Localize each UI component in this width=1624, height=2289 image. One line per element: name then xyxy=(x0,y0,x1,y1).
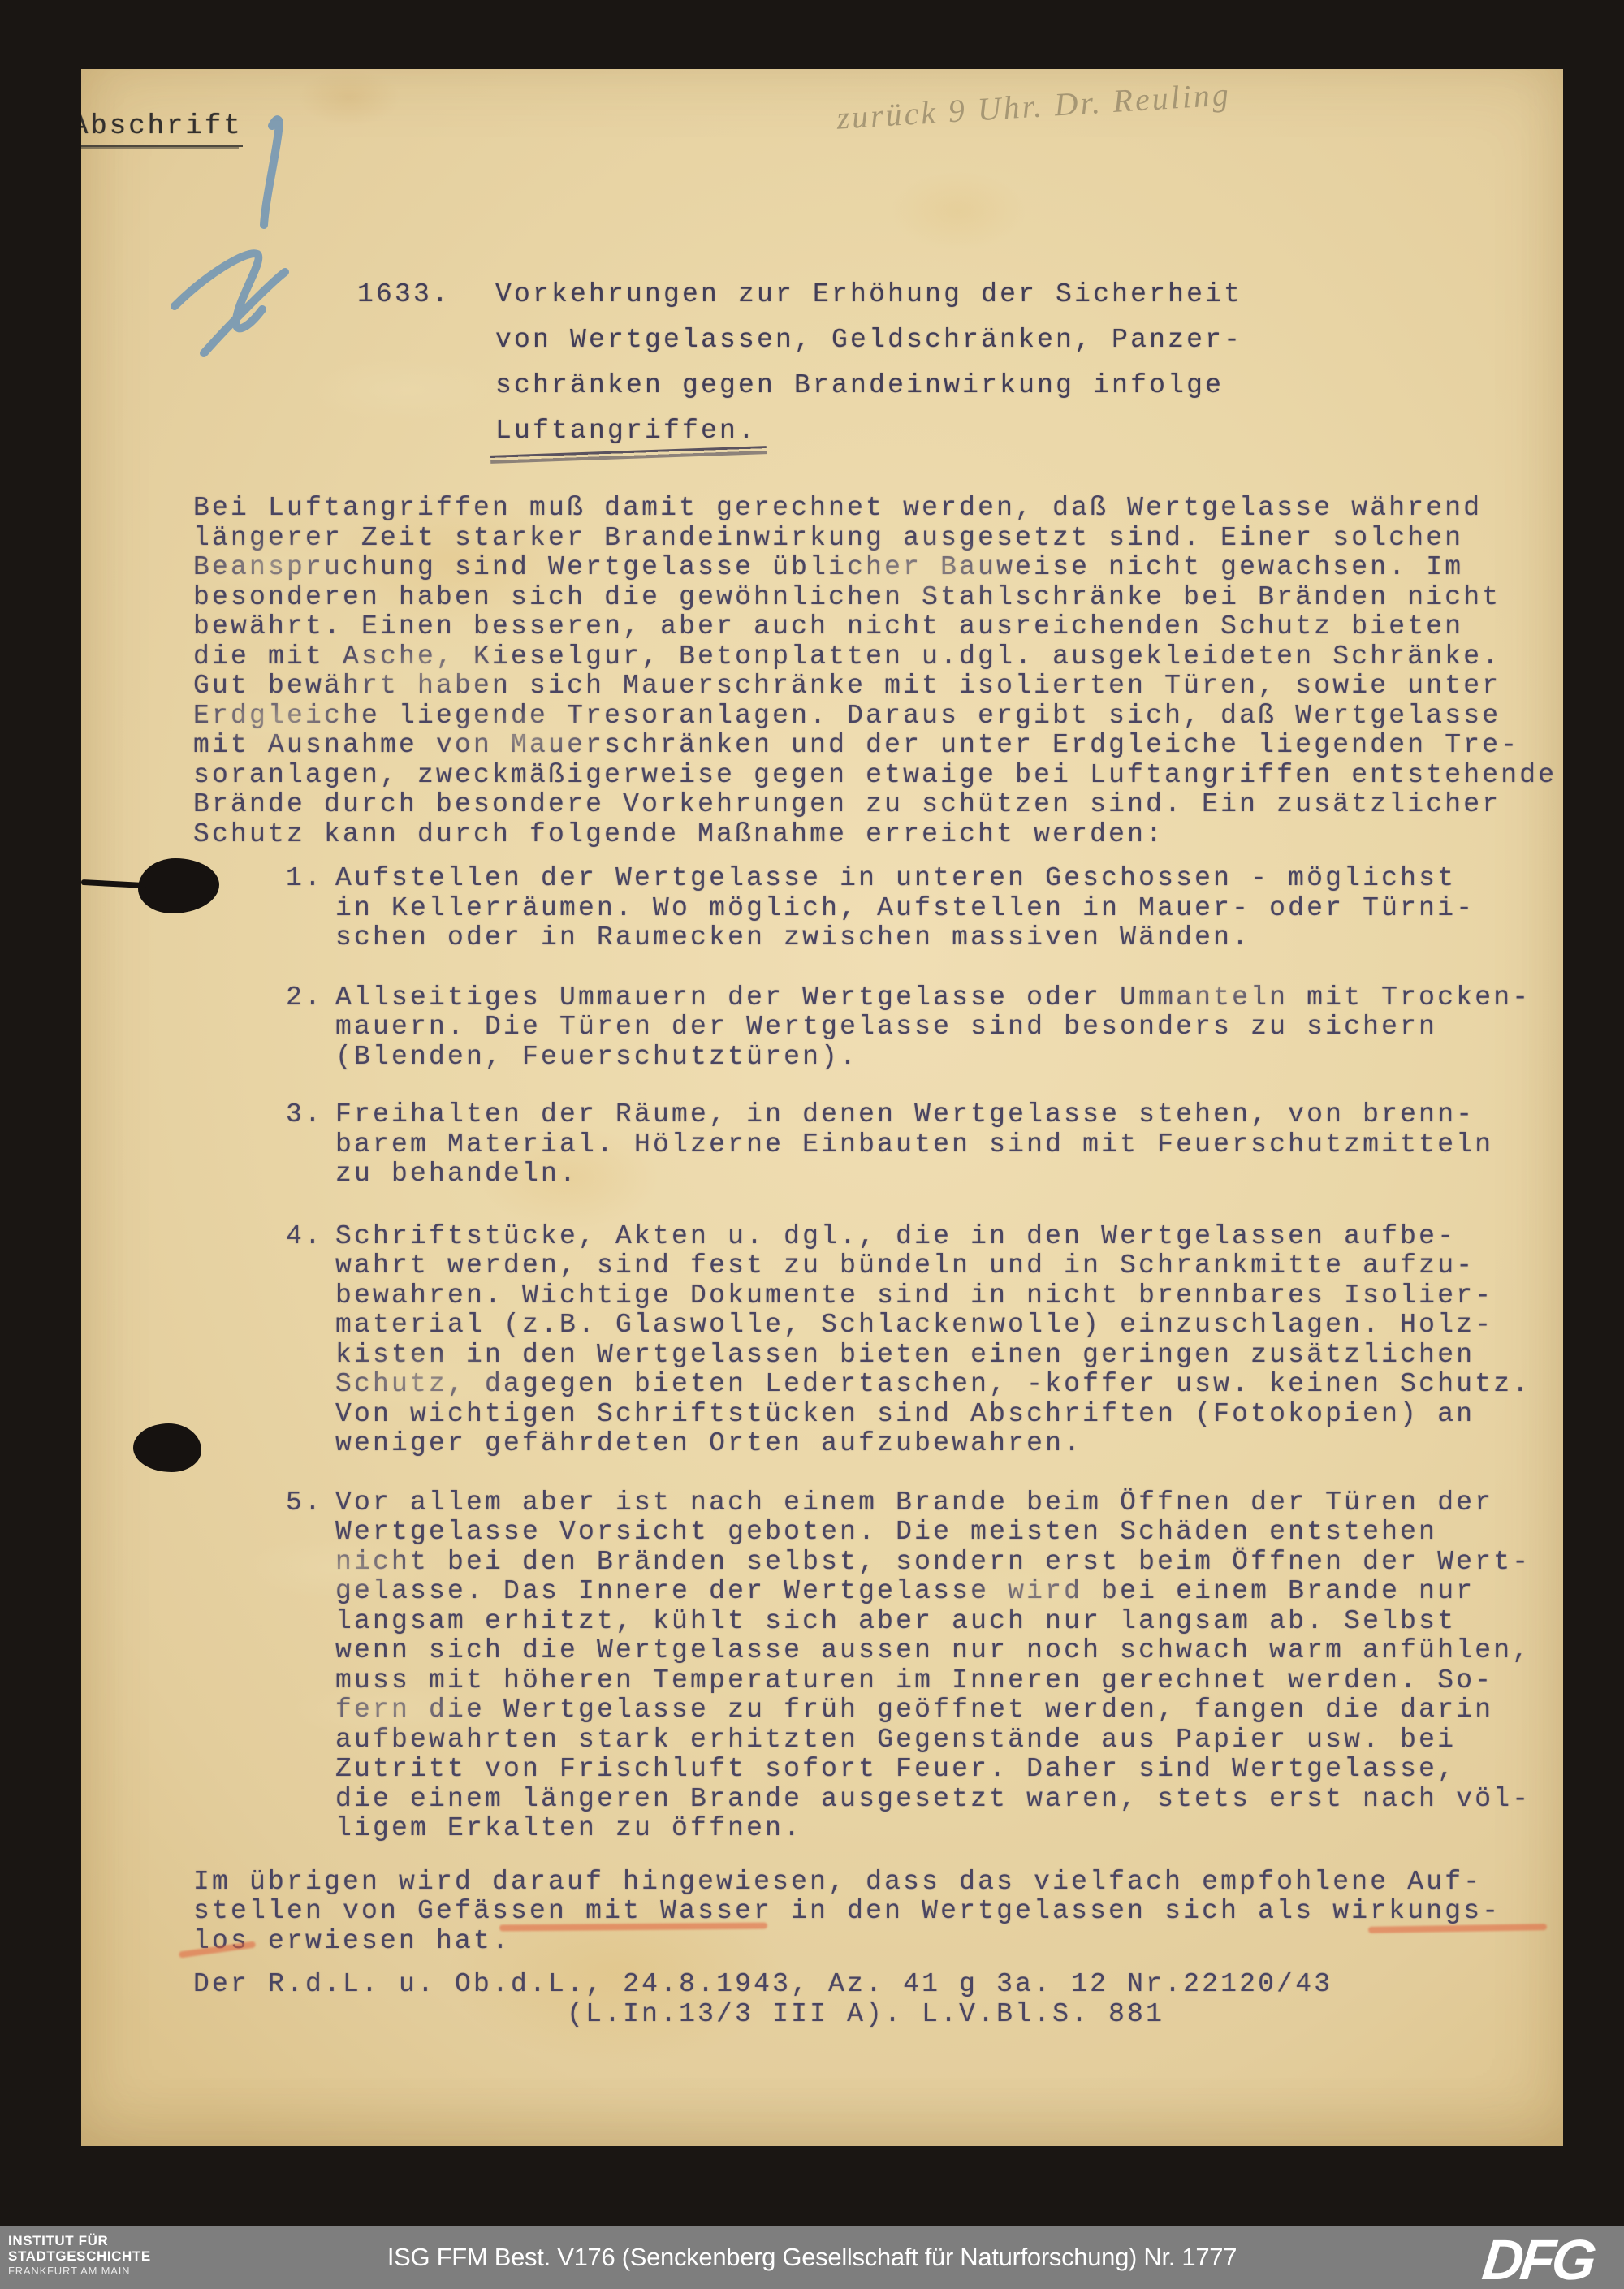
blue-pencil-scribble xyxy=(126,110,386,369)
title-block: 1633. Vorkehrungen zur Erhöhung der Sich… xyxy=(357,272,1563,454)
title-line-4: Luftangriffen. xyxy=(495,408,757,454)
item-text: Allseitiges Ummauern der Wertgelasse ode… xyxy=(335,983,1531,1073)
title-line-3: schränken gegen Brandeinwirkung infolge xyxy=(495,363,1242,408)
item-text: Aufstellen der Wertgelasse in unteren Ge… xyxy=(335,864,1475,953)
archive-reference: ISG FFM Best. V176 (Senckenberg Gesellsc… xyxy=(387,2243,1237,2272)
list-item-5: 5. Vor allem aber ist nach einem Brande … xyxy=(286,1488,1563,1844)
list-item-3: 3. Freihalten der Räume, in denen Wertge… xyxy=(286,1100,1563,1190)
archive-footer: INSTITUT FÜR STADTGESCHICHTE FRANKFURT A… xyxy=(0,2226,1624,2289)
item-text: Schriftstücke, Akten u. dgl., die in den… xyxy=(335,1222,1531,1459)
item-text: Vor allem aber ist nach einem Brande bei… xyxy=(335,1488,1531,1844)
item-number: 3. xyxy=(286,1100,335,1190)
institution-line-2: STADTGESCHICHTE xyxy=(8,2248,151,2264)
punch-hole-bottom xyxy=(133,1423,201,1472)
list-item-1: 1. Aufstellen der Wertgelasse in unteren… xyxy=(286,864,1563,953)
signature-block: Der R.d.L. u. Ob.d.L., 24.8.1943, Az. 41… xyxy=(193,1970,1563,2029)
item-number: 1. xyxy=(286,864,335,953)
intro-paragraph: Bei Luftangriffen muß damit gerechnet we… xyxy=(193,494,1563,849)
list-item-2: 2. Allseitiges Ummauern der Wertgelasse … xyxy=(286,983,1563,1073)
dfg-logo: DFG xyxy=(1479,2227,1596,2289)
item-number: 2. xyxy=(286,983,335,1073)
item-number: 5. xyxy=(286,1488,335,1844)
closing-paragraph: Im übrigen wird darauf hingewiesen, dass… xyxy=(193,1868,1563,1957)
item-text: Freihalten der Räume, in denen Wertgelas… xyxy=(335,1100,1493,1190)
list-item-4: 4. Schriftstücke, Akten u. dgl., die in … xyxy=(286,1222,1563,1459)
document-page: Abschrift zurück 9 Uhr. Dr. Reuling 1633… xyxy=(81,69,1563,2146)
title-line-1: Vorkehrungen zur Erhöhung der Sicherheit xyxy=(495,272,1242,317)
item-number: 4. xyxy=(286,1222,335,1459)
title-line-underlined: Luftangriffen. xyxy=(495,408,1242,454)
institution-line-3: FRANKFURT AM MAIN xyxy=(8,2264,151,2278)
institution-logo: INSTITUT FÜR STADTGESCHICHTE FRANKFURT A… xyxy=(8,2233,151,2278)
title-lines: Vorkehrungen zur Erhöhung der Sicherheit… xyxy=(495,272,1242,454)
institution-line-1: INSTITUT FÜR xyxy=(8,2233,151,2248)
title-line-2: von Wertgelassen, Geldschränken, Panzer- xyxy=(495,317,1242,363)
